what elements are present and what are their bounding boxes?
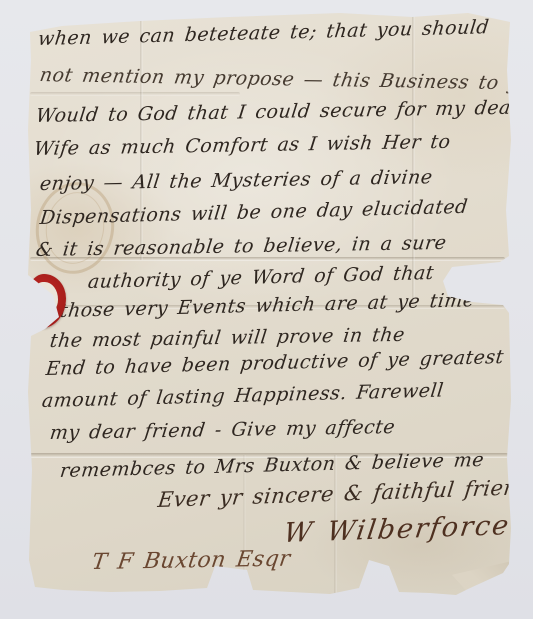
letter-line-4: Wife as much Comfort as I wish Her to <box>33 131 452 160</box>
folded-corner <box>452 556 512 598</box>
letter-photograph: when we can beteteate te; that you shoul… <box>0 0 533 619</box>
letter-line-3: Would to God that I could secure for my … <box>35 97 522 128</box>
letter-line-10: the most painful will prove in the <box>49 324 407 352</box>
letter-line-11: End to have been productive of ye greate… <box>45 346 505 380</box>
letter-line-5: enjoy — All the Mysteries of a divine <box>39 166 434 195</box>
letter-line-9: those very Events which are at ye time <box>59 289 476 322</box>
wax-seal-fragment <box>32 318 40 326</box>
letter-line-12: amount of lasting Happiness. Farewell <box>41 379 445 412</box>
fold-crease <box>30 92 240 96</box>
signature: W Wilberforce <box>282 510 513 549</box>
letter-line-13: my dear friend - Give my affecte <box>49 416 397 444</box>
addressee-line: T F Buxton Esqr <box>90 547 292 576</box>
fold-crease-vertical <box>412 12 415 304</box>
letter-line-8: authority of ye Word of God that <box>87 262 436 293</box>
letter-line-2: not mention my propose — this Business t… <box>38 64 533 95</box>
closing-line: Ever yr sincere & faithful friend <box>157 475 533 512</box>
letter-line-1: when we can beteteate te; that you shoul… <box>37 16 491 50</box>
letter-paper: when we can beteteate te; that you shoul… <box>0 0 533 619</box>
wax-seal-torn-paper <box>34 282 58 314</box>
